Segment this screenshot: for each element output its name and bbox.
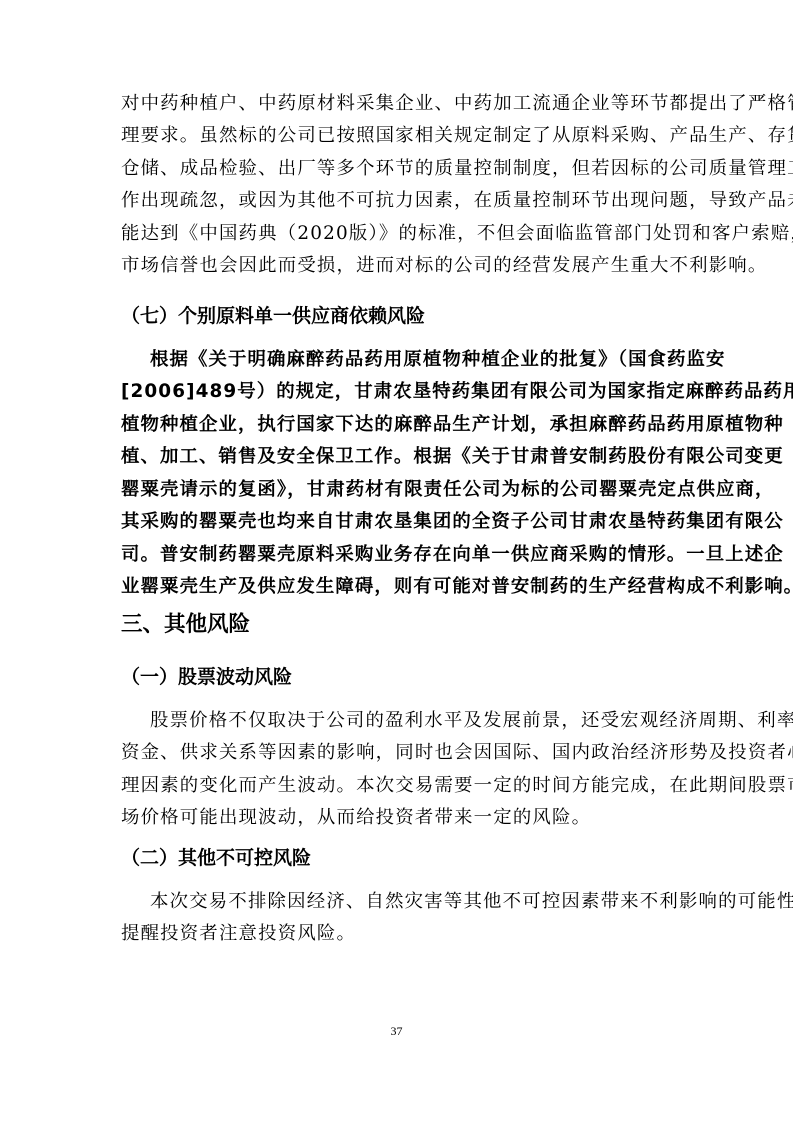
- paragraph-line: 市场信誉也会因此而受损，进而对标的公司的经营发展产生重大不利影响。: [121, 254, 673, 278]
- subsection-heading-stock-volatility-risk: （一）股票波动风险: [121, 664, 292, 690]
- paragraph-line: 业罂粟壳生产及供应发生障碍，则有可能对普安制药的生产经营构成不利影响。: [121, 575, 673, 599]
- section-heading-other-risks: 三、其他风险: [121, 611, 250, 639]
- paragraph-line: 作出现疏忽，或因为其他不可抗力因素，在质量控制环节出现问题，导致产品未: [121, 189, 673, 213]
- paragraph-line: [2006]489号）的规定，甘肃农垦特药集团有限公司为国家指定麻醉药品药用原: [121, 380, 673, 404]
- page-number: 37: [0, 1024, 793, 1039]
- paragraph-line: 提醒投资者注意投资风险。: [121, 922, 673, 946]
- paragraph-line: 其采购的罂粟壳也均来自甘肃农垦集团的全资子公司甘肃农垦特药集团有限公: [121, 510, 673, 534]
- paragraph-line: 司。普安制药罂粟壳原料采购业务存在向单一供应商采购的情形。一旦上述企: [121, 543, 673, 567]
- paragraph-line: 能达到《中国药典（2020版）》的标准，不但会面临监管部门处罚和客户索赔，: [121, 222, 673, 246]
- paragraph-line: 仓储、成品检验、出厂等多个环节的质量控制制度，但若因标的公司质量管理工: [121, 157, 673, 181]
- paragraph-line: 场价格可能出现波动，从而给投资者带来一定的风险。: [121, 806, 673, 830]
- paragraph-line: 植物种植企业，执行国家下达的麻醉品生产计划，承担麻醉药品药用原植物种: [121, 413, 673, 437]
- paragraph-line: 罂粟壳请示的复函》，甘肃药材有限责任公司为标的公司罂粟壳定点供应商，: [121, 478, 673, 502]
- paragraph-line: 根据《关于明确麻醉药品药用原植物种植企业的批复》（国食药监安: [150, 348, 673, 372]
- paragraph-line: 资金、供求关系等因素的影响，同时也会因国际、国内政治经济形势及投资者心: [121, 741, 673, 765]
- paragraph-line: 股票价格不仅取决于公司的盈利水平及发展前景，还受宏观经济周期、利率、: [150, 709, 673, 733]
- paragraph-line: 植、加工、销售及安全保卫工作。根据《关于甘肃普安制药股份有限公司变更: [121, 445, 673, 469]
- paragraph-line: 对中药种植户、中药原材料采集企业、中药加工流通企业等环节都提出了严格管: [121, 92, 673, 116]
- section-heading-single-supplier-risk: （七）个别原料单一供应商依赖风险: [121, 303, 425, 329]
- paragraph-line: 理要求。虽然标的公司已按照国家相关规定制定了从原料采购、产品生产、存货: [121, 124, 673, 148]
- document-page: 对中药种植户、中药原材料采集企业、中药加工流通企业等环节都提出了严格管 理要求。…: [0, 0, 793, 1122]
- subsection-heading-uncontrollable-risk: （二）其他不可控风险: [121, 845, 311, 871]
- paragraph-line: 理因素的变化而产生波动。本次交易需要一定的时间方能完成，在此期间股票市: [121, 774, 673, 798]
- paragraph-line: 本次交易不排除因经济、自然灾害等其他不可控因素带来不利影响的可能性，: [150, 890, 673, 914]
